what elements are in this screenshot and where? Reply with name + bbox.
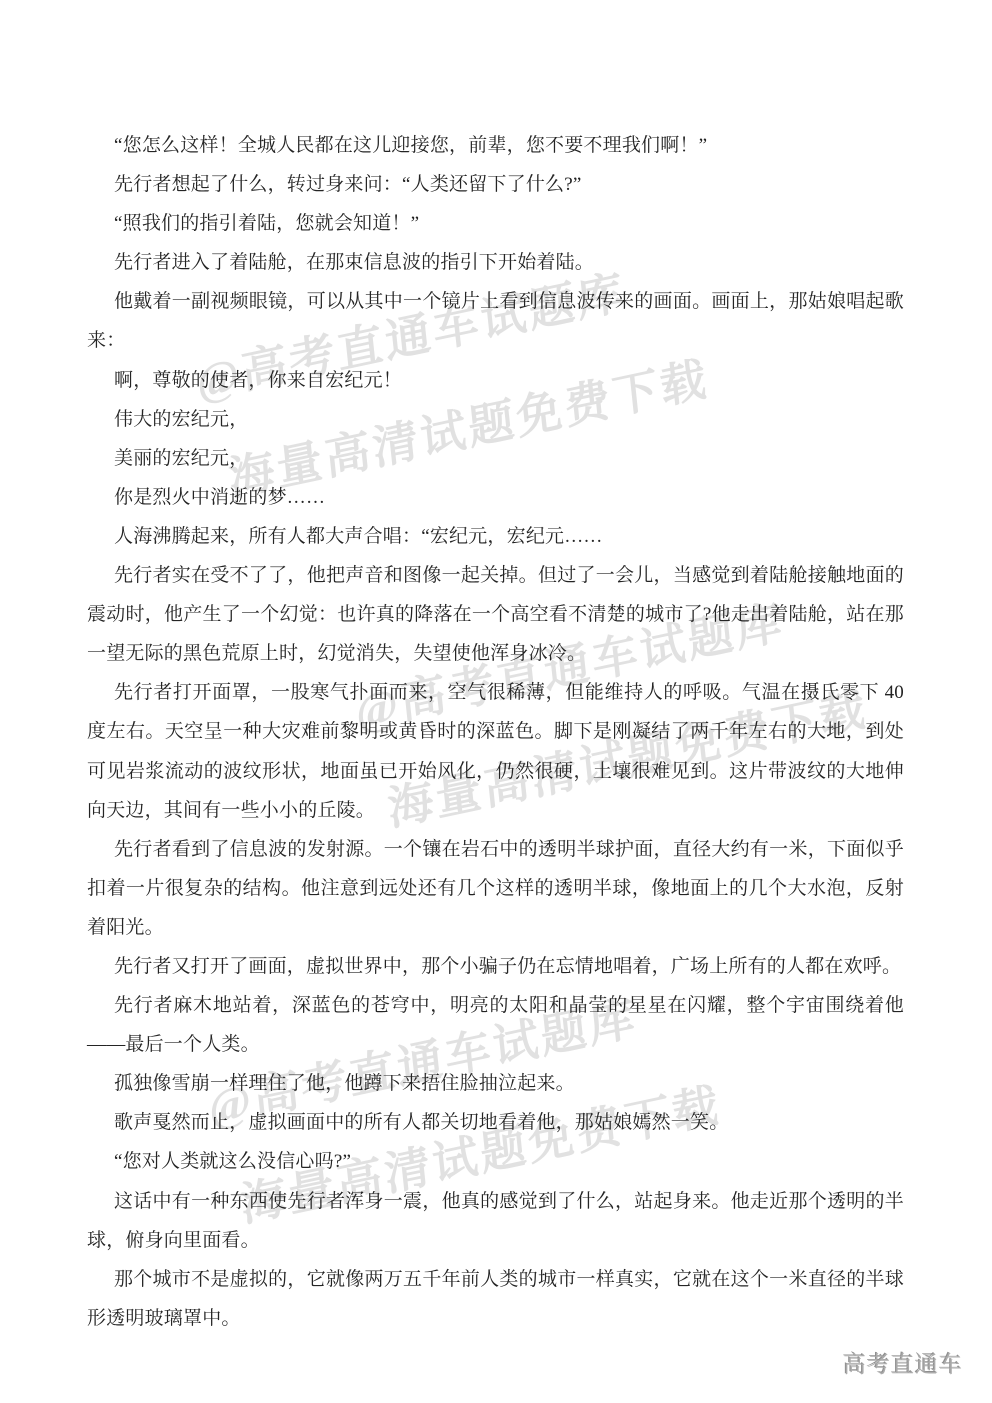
paragraph-lyric: 伟大的宏纪元，	[87, 400, 904, 439]
paragraph-lyric: 美丽的宏纪元，	[87, 439, 904, 478]
paragraph: 孤独像雪崩一样理住了他，他蹲下来捂住脸抽泣起来。	[87, 1064, 904, 1103]
footer-brand-label: 高考直通车	[843, 1346, 963, 1379]
paragraph-lyric: 啊，尊敬的使者，你来自宏纪元！	[87, 361, 904, 400]
paragraph: 那个城市不是虚拟的，它就像两万五千年前人类的城市一样真实，它就在这个一米直径的半…	[87, 1260, 904, 1338]
paragraph-lyric: 你是烈火中消逝的梦……	[87, 478, 904, 517]
paragraph: 先行者实在受不了了，他把声音和图像一起关掉。但过了一会儿，当感觉到着陆舱接触地面…	[87, 556, 904, 673]
document-page: @高考直通车试题库 海量高清试题免费下载 @高考直通车试题库 海量高清试题免费下…	[0, 0, 992, 1403]
passage-text: “您怎么这样！全城人民都在这儿迎接您，前辈，您不要不理我们啊！” 先行者想起了什…	[87, 126, 904, 1338]
paragraph: 先行者麻木地站着，深蓝色的苍穹中，明亮的太阳和晶莹的星星在闪耀，整个宇宙围绕着他…	[87, 986, 904, 1064]
paragraph: 先行者打开面罩，一股寒气扑面而来，空气很稀薄，但能维持人的呼吸。气温在摄氏零下 …	[87, 673, 904, 829]
paragraph: 人海沸腾起来，所有人都大声合唱：“宏纪元，宏纪元……	[87, 517, 904, 556]
paragraph: 先行者又打开了画面，虚拟世界中，那个小骗子仍在忘情地唱着，广场上所有的人都在欢呼…	[87, 947, 904, 986]
paragraph: 先行者想起了什么，转过身来问：“人类还留下了什么?”	[87, 165, 904, 204]
paragraph-dialogue: “您对人类就这么没信心吗?”	[87, 1142, 904, 1181]
paragraph: 这话中有一种东西使先行者浑身一震，他真的感觉到了什么，站起身来。他走近那个透明的…	[87, 1182, 904, 1260]
paragraph: 他戴着一副视频眼镜，可以从其中一个镜片上看到信息波传来的画面。画面上，那姑娘唱起…	[87, 282, 904, 360]
paragraph: “您怎么这样！全城人民都在这儿迎接您，前辈，您不要不理我们啊！”	[87, 126, 904, 165]
paragraph: 歌声戛然而止，虚拟画面中的所有人都关切地看着他，那姑娘嫣然一笑。	[87, 1103, 904, 1142]
paragraph: “照我们的指引着陆，您就会知道！”	[87, 204, 904, 243]
paragraph: 先行者看到了信息波的发射源。一个镶在岩石中的透明半球护面，直径大约有一米，下面似…	[87, 830, 904, 947]
paragraph: 先行者进入了着陆舱，在那束信息波的指引下开始着陆。	[87, 243, 904, 282]
